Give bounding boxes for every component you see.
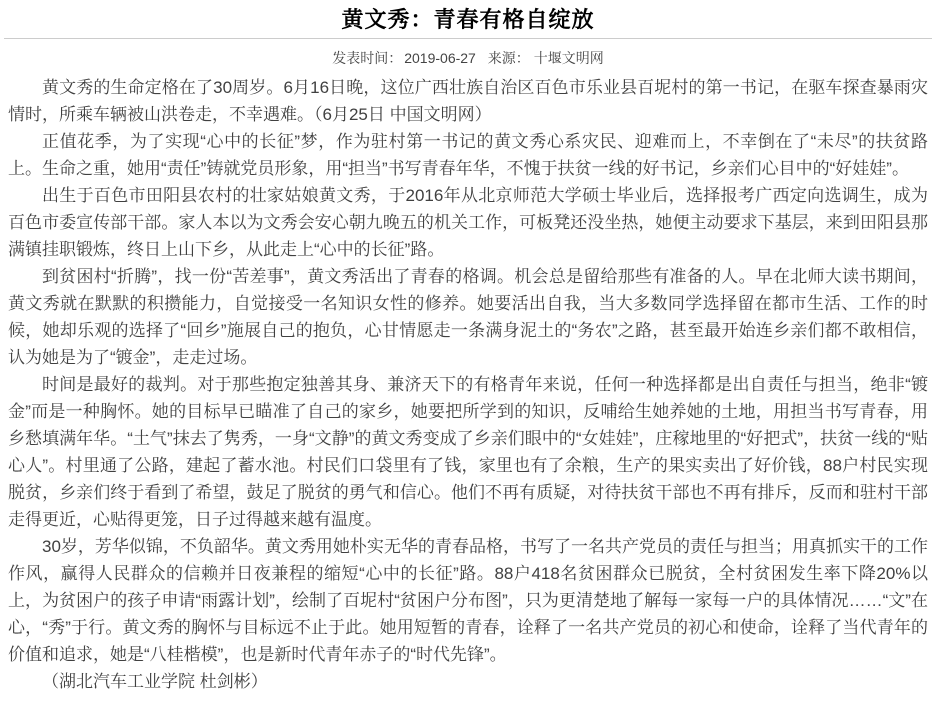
paragraph: 黄文秀的生命定格在了30周岁。6月16日晚，这位广西壮族自治区百色市乐业县百坭村… xyxy=(8,74,928,128)
paragraph: 时间是最好的裁判。对于那些抱定独善其身、兼济天下的有格青年来说，任何一种选择都是… xyxy=(8,371,928,533)
paragraph: 正值花季，为了实现“心中的长征”梦，作为驻村第一书记的黄文秀心系灾民、迎难而上，… xyxy=(8,128,928,182)
paragraph-attribution: （湖北汽车工业学院 杜剑彬） xyxy=(8,668,928,695)
publish-time-label: 发表时间： xyxy=(332,50,402,66)
article-page: 黄文秀：青春有格自绽放 发表时间：2019-06-27 来源：十堰文明网 黄文秀… xyxy=(0,0,936,695)
article-meta: 发表时间：2019-06-27 来源：十堰文明网 xyxy=(0,39,936,74)
paragraph: 30岁，芳华似锦，不负韶华。黄文秀用她朴实无华的青春品格，书写了一名共产党员的责… xyxy=(8,533,928,668)
paragraph: 到贫困村“折腾”，找一份“苦差事”，黄文秀活出了青春的格调。机会总是留给那些有准… xyxy=(8,263,928,371)
source-label: 来源： xyxy=(488,50,530,66)
paragraph: 出生于百色市田阳县农村的壮家姑娘黄文秀，于2016年从北京师范大学硕士毕业后，选… xyxy=(8,182,928,263)
article-body: 黄文秀的生命定格在了30周岁。6月16日晚，这位广西壮族自治区百色市乐业县百坭村… xyxy=(8,74,928,695)
source-name: 十堰文明网 xyxy=(534,50,604,66)
publish-date: 2019-06-27 xyxy=(404,50,476,66)
page-title: 黄文秀：青春有格自绽放 xyxy=(0,0,936,33)
